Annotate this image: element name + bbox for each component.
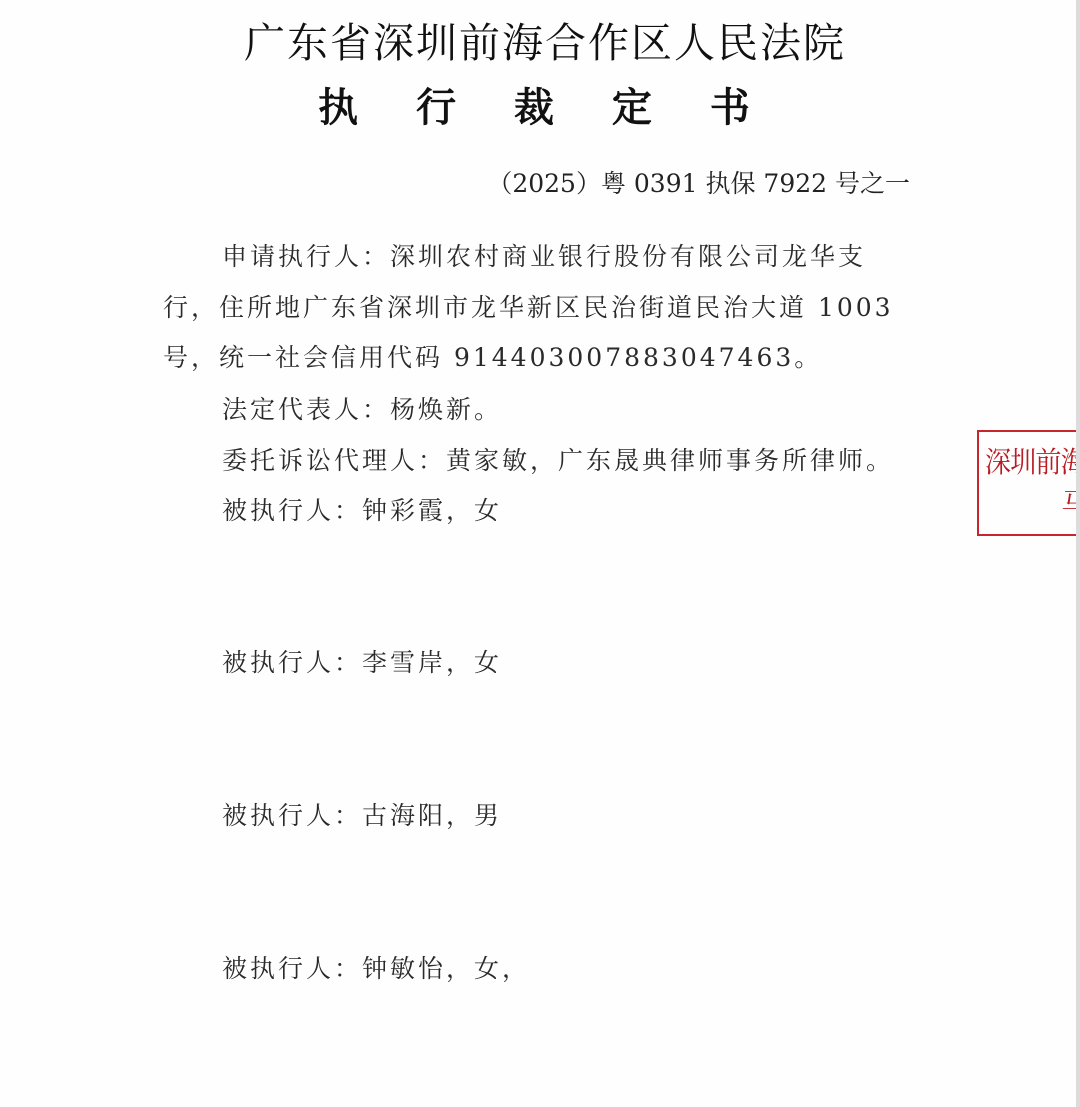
seal-text-line-1: 深圳前海: [985, 440, 1080, 481]
respondent-2: 被执行人：李雪岸，女: [222, 648, 502, 678]
court-seal-stamp: 深圳前海 马: [977, 430, 1080, 536]
applicant-line-3: 号，统一社会信用代码 914403007883047463。: [163, 343, 822, 373]
respondent-4: 被执行人：钟敏怡，女，: [222, 954, 530, 984]
case-number: （2025）粤 0391 执保 7922 号之一: [487, 164, 910, 200]
legal-representative: 法定代表人：杨焕新。: [222, 395, 502, 425]
respondent-1: 被执行人：钟彩霞，女: [222, 496, 502, 526]
document-page: 广东省深圳前海合作区人民法院 执 行 裁 定 书 （2025）粤 0391 执保…: [0, 0, 1076, 1107]
page-edge-scrollbar: [1076, 0, 1080, 1107]
respondent-3: 被执行人：古海阳，男: [222, 801, 502, 831]
applicant-line-1: 申请执行人：深圳农村商业银行股份有限公司龙华支: [222, 242, 866, 272]
authorized-agent: 委托诉讼代理人：黄家敏，广东晟典律师事务所律师。: [222, 446, 894, 476]
court-name-title: 广东省深圳前海合作区人民法院: [0, 10, 1080, 69]
applicant-line-2: 行，住所地广东省深圳市龙华新区民治街道民治大道 1003: [163, 293, 894, 323]
document-type-title: 执 行 裁 定 书: [0, 76, 1080, 133]
